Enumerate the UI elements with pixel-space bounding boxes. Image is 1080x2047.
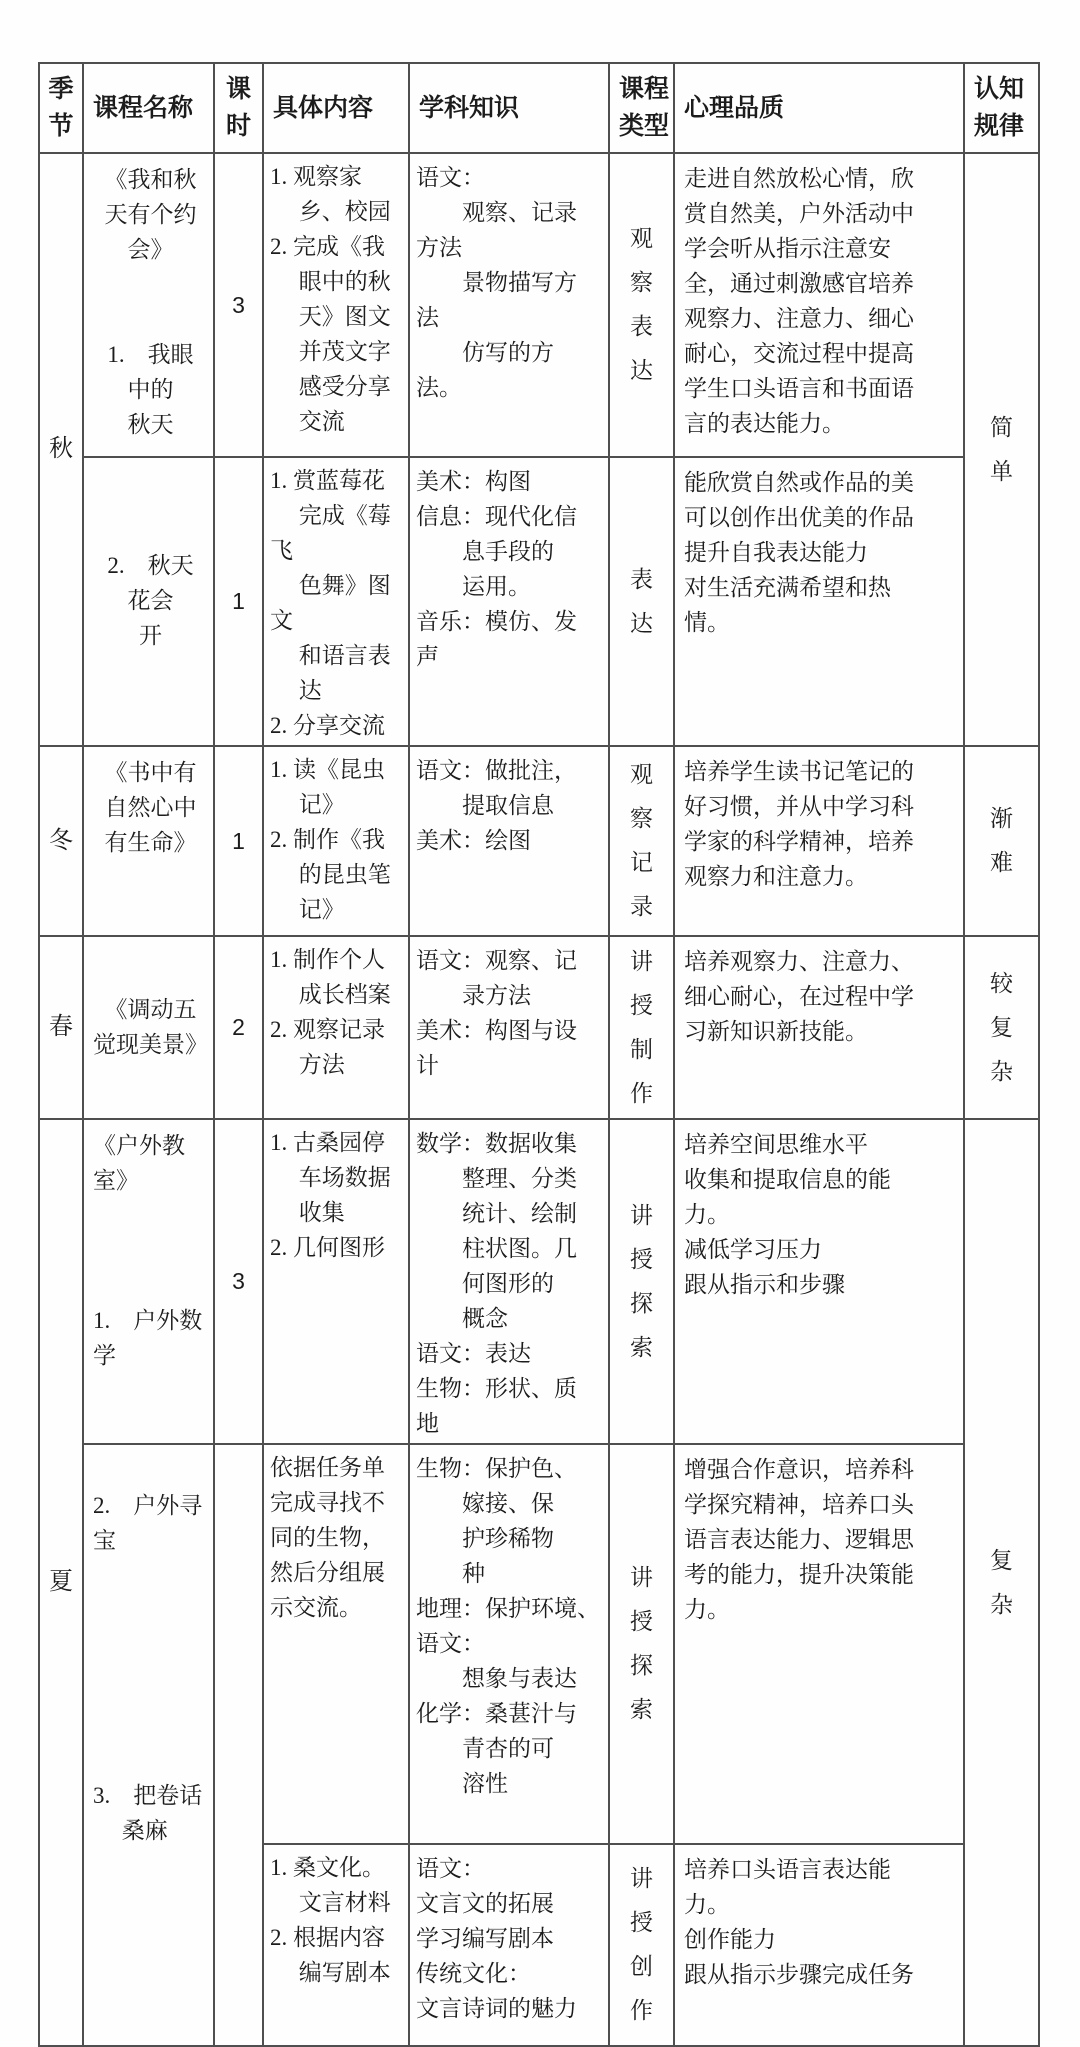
cell-autumn1-subject: 语文： 观察、记录 方法 景物描写方 法 仿写的方 法。 xyxy=(409,153,609,457)
cell-winter-course-type: 观 察 记 录 xyxy=(609,746,674,936)
header-law: 认知 规律 xyxy=(964,63,1039,153)
cell-winter-subject: 语文：做批注， 提取信息 美术：绘图 xyxy=(409,746,609,936)
cell-summer3-content: 1. 桑文化。 文言材料 2. 根据内容 编写剧本 xyxy=(263,1844,409,2046)
cell-autumn1-course-type: 观 察 表 达 xyxy=(609,153,674,457)
header-content: 具体内容 xyxy=(263,63,409,153)
cell-law-autumn: 简 单 xyxy=(964,153,1039,746)
header-season: 季 节 xyxy=(39,63,83,153)
header-course-name: 课程名称 xyxy=(83,63,214,153)
cell-law-spring: 较 复 杂 xyxy=(964,936,1039,1119)
course-name-mulberry-talk: 3. 把卷话 桑麻 xyxy=(93,1778,211,1848)
table-row-summer-1: 夏 《户外教 室》 1. 户外数 学 3 1. 古桑园停 车场数据 收集 2. … xyxy=(39,1119,1039,1444)
cell-season-autumn: 秋 xyxy=(39,153,83,746)
cell-autumn1-course-name: 《我和秋 天有个约 会》 1. 我眼 中的 秋天 xyxy=(83,153,214,457)
cell-summer3-subject: 语文： 文言文的拓展 学习编写剧本 传统文化： 文言诗词的魅力 xyxy=(409,1844,609,2046)
table-row-winter: 冬 《书中有 自然心中 有生命》 1 1. 读《昆虫 记》 2. 制作《我 的昆… xyxy=(39,746,1039,936)
header-subject: 学科知识 xyxy=(409,63,609,153)
cell-spring-hours: 2 xyxy=(214,936,263,1119)
curriculum-table: 季 节 课程名称 课 时 具体内容 学科知识 课程 类型 心理品质 认知 规律 … xyxy=(38,62,1040,2047)
cell-summer3-quality: 培养口头语言表达能 力。 创作能力 跟从指示步骤完成任务 xyxy=(674,1844,964,2046)
cell-summer1-course-type: 讲 授 探 索 xyxy=(609,1119,674,1444)
cell-winter-content: 1. 读《昆虫 记》 2. 制作《我 的昆虫笔 记》 xyxy=(263,746,409,936)
cell-spring-course-type: 讲 授 制 作 xyxy=(609,936,674,1119)
cell-autumn2-subject: 美术：构图 信息：现代化信 息手段的 运用。 音乐：模仿、发 声 xyxy=(409,457,609,746)
cell-autumn1-hours: 3 xyxy=(214,153,263,457)
cell-autumn1-quality: 走进自然放松心情，欣 赏自然美，户外活动中 学会听从指示注意安 全，通过刺激感官… xyxy=(674,153,964,457)
cell-autumn2-hours: 1 xyxy=(214,457,263,746)
cell-autumn2-content: 1. 赏蓝莓花 完成《莓飞 色舞》图文 和语言表 达 2. 分享交流 xyxy=(263,457,409,746)
cell-winter-quality: 培养学生读书记笔记的 好习惯，并从中学习科 学家的科学精神，培养 观察力和注意力… xyxy=(674,746,964,936)
cell-summer2-quality: 增强合作意识，培养科 学探究精神，培养口头 语言表达能力、逻辑思 考的能力，提升… xyxy=(674,1444,964,1844)
cell-spring-subject: 语文：观察、记 录方法 美术：构图与设 计 xyxy=(409,936,609,1119)
cell-season-spring: 春 xyxy=(39,936,83,1119)
cell-spring-course-name: 《调动五 觉现美景》 xyxy=(83,936,214,1119)
cell-summer1-course-name: 《户外教 室》 1. 户外数 学 xyxy=(83,1119,214,1444)
cell-summer3-course-type: 讲 授 创 作 xyxy=(609,1844,674,2046)
course-name-outdoor-treasure: 2. 户外寻 宝 xyxy=(93,1488,211,1558)
course-name-group: 2. 户外寻 宝 3. 把卷话 桑麻 xyxy=(93,1488,211,2008)
table-row-spring: 春 《调动五 觉现美景》 2 1. 制作个人 成长档案 2. 观察记录 方法 语… xyxy=(39,936,1039,1119)
cell-autumn2-course-name: 2. 秋天 花会 开 xyxy=(83,457,214,746)
cell-autumn1-content: 1. 观察家 乡、校园 2. 完成《我 眼中的秋 天》图文 并茂文字 感受分享 … xyxy=(263,153,409,457)
cell-summer23-hours xyxy=(214,1444,263,2046)
header-course-type: 课程 类型 xyxy=(609,63,674,153)
header-row: 季 节 课程名称 课 时 具体内容 学科知识 课程 类型 心理品质 认知 规律 xyxy=(39,63,1039,153)
cell-autumn2-quality: 能欣赏自然或作品的美 可以创作出优美的作品 提升自我表达能力 对生活充满希望和热… xyxy=(674,457,964,746)
cell-spring-content: 1. 制作个人 成长档案 2. 观察记录 方法 xyxy=(263,936,409,1119)
cell-summer2-content: 依据任务单 完成寻找不 同的生物， 然后分组展 示交流。 xyxy=(263,1444,409,1844)
cell-summer1-subject: 数学：数据收集 整理、分类 统计、绘制 柱状图。几 何图形的 概念 语文：表达 … xyxy=(409,1119,609,1444)
cell-summer1-hours: 3 xyxy=(214,1119,263,1444)
cell-winter-course-name: 《书中有 自然心中 有生命》 xyxy=(83,746,214,936)
cell-summer2-course-type: 讲 授 探 索 xyxy=(609,1444,674,1844)
cell-season-summer: 夏 xyxy=(39,1119,83,2046)
cell-law-summer: 复 杂 xyxy=(964,1119,1039,2046)
cell-summer23-course-name: 2. 户外寻 宝 3. 把卷话 桑麻 xyxy=(83,1444,214,2046)
table-row-autumn-2: 2. 秋天 花会 开 1 1. 赏蓝莓花 完成《莓飞 色舞》图文 和语言表 达 … xyxy=(39,457,1039,746)
cell-summer1-content: 1. 古桑园停 车场数据 收集 2. 几何图形 xyxy=(263,1119,409,1444)
table-row-autumn-1: 秋 《我和秋 天有个约 会》 1. 我眼 中的 秋天 3 1. 观察家 乡、校园… xyxy=(39,153,1039,457)
header-hours: 课 时 xyxy=(214,63,263,153)
header-quality: 心理品质 xyxy=(674,63,964,153)
cell-summer2-subject: 生物：保护色、 嫁接、保 护珍稀物 种 地理：保护环境、 语文： 想象与表达 化… xyxy=(409,1444,609,1844)
document-page: 季 节 课程名称 课 时 具体内容 学科知识 课程 类型 心理品质 认知 规律 … xyxy=(38,62,1040,2047)
cell-autumn2-course-type: 表 达 xyxy=(609,457,674,746)
cell-winter-hours: 1 xyxy=(214,746,263,936)
cell-summer1-quality: 培养空间思维水平 收集和提取信息的能 力。 减低学习压力 跟从指示和步骤 xyxy=(674,1119,964,1444)
cell-law-winter: 渐 难 xyxy=(964,746,1039,936)
cell-season-winter: 冬 xyxy=(39,746,83,936)
table-row-summer-2: 2. 户外寻 宝 3. 把卷话 桑麻 依据任务单 完成寻找不 同的生物， 然后分… xyxy=(39,1444,1039,1844)
cell-spring-quality: 培养观察力、注意力、 细心耐心，在过程中学 习新知识新技能。 xyxy=(674,936,964,1119)
